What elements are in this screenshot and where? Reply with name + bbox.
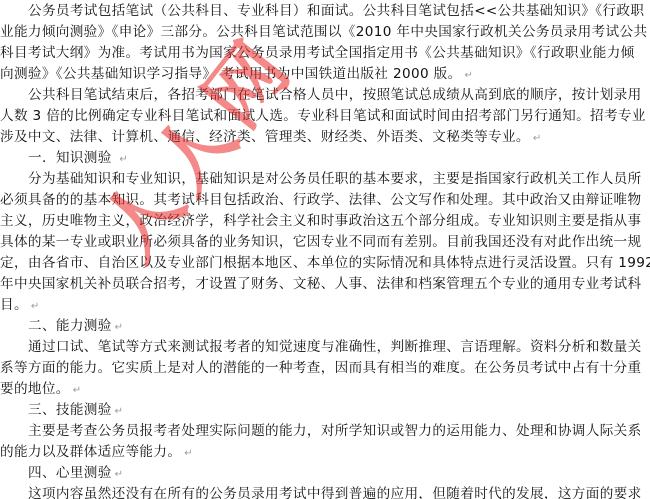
- text-line: 主要是考查公务员报考者处理实际问题的能力，对所学知识或智力的运用能力、处理和协调…: [0, 420, 650, 442]
- text-line: 业能力倾向测验》《申论》三部分。公共科目笔试范围以《2010 年中央国家行政机关…: [0, 21, 650, 43]
- section-heading-psych-test: 四、心里测验↵: [0, 462, 650, 484]
- text-line: 通过口试、笔试等方式来测试报考者的知觉速度与准确性，判断推理、言语理解。资料分析…: [0, 336, 650, 358]
- text-line: 向测验》《公共基础知识学习指导》 考试用书为中国铁道出版社 2000 版。↵: [0, 63, 650, 85]
- text-line: 系等方面的能力。它实质上是对人的潜能的一种考查，因而具有相当的难度。在公务员考试…: [0, 357, 650, 379]
- text-line: 必须具备的的基本知识。其考试科目包括政治、行政学、法律、公文写作和处理。其中政治…: [0, 189, 650, 211]
- section-heading-knowledge-test: 一．知识测验 ↵: [0, 147, 650, 169]
- text-line: 人数 3 倍的比例确定专业科目笔试和面试人选。专业科目笔试和面试时间由招考部门另…: [0, 105, 650, 127]
- text-line: 涉及中文、法律、计算机、通信、经济类、管理类、财经类、外语类、文秘类等专业。↵: [0, 126, 650, 148]
- text-line: 这项内容虽然还没有在所有的公务员录用考试中得到普遍的应用，但随着时代的发展，这方…: [0, 483, 650, 499]
- paragraph-mark-icon: ↵: [465, 70, 474, 81]
- document-page: 公务员考试包括笔试（公共科目、专业科目）和面试。公共科目笔试包括<<公共基础知识…: [0, 0, 650, 499]
- text-line: 科目考试大纲》为准。考试用书为国家公务员录用考试全国指定用书《公共基础知识》《行…: [0, 42, 650, 64]
- text-line: 年中央国家机关补员联合招考，才设置了财务、文秘、人事、法律和档案管理五个专业的通…: [0, 273, 650, 295]
- text-line: 公共科目笔试结束后，各招考部门在笔试合格人员中，按照笔试总成绩从高到底的顺序，按…: [0, 84, 650, 106]
- text-line: 具体的某一专业或职业所必须具备的业务知识，它因专业不同而有差别。目前我国还没有对…: [0, 231, 650, 253]
- text-line: 目。↵: [0, 294, 650, 316]
- paragraph-mark-icon: ↵: [115, 406, 124, 417]
- paragraph-mark-icon: ↵: [184, 448, 193, 459]
- text-line: 主义，历史唯物主义，政治经济学，科学社会主义和时事政治这五个部分组成。专业知识则…: [0, 210, 650, 232]
- text-line: 定，由各省市、自治区以及专业部门根据本地区、本单位的实际情况和具体特点进行灵活设…: [0, 252, 650, 274]
- paragraph-mark-icon: ↵: [115, 469, 124, 480]
- paragraph-mark-icon: ↵: [31, 301, 40, 312]
- paragraph-mark-icon: ↵: [119, 154, 128, 165]
- section-heading-ability-test: 二、能力测验↵: [0, 315, 650, 337]
- text-line: 要的地位。↵: [0, 378, 650, 400]
- paragraph-mark-icon: ↵: [73, 385, 82, 396]
- text-line: 公务员考试包括笔试（公共科目、专业科目）和面试。公共科目笔试包括<<公共基础知识…: [0, 0, 650, 22]
- section-heading-skill-test: 三、技能测验↵: [0, 399, 650, 421]
- text-line: 分为基础知识和专业知识，基础知识是对公务员任职的基本要求，主要是指国家行政机关工…: [0, 168, 650, 190]
- paragraph-mark-icon: ↵: [115, 322, 124, 333]
- text-line: 的能力以及群体适应等能力。↵: [0, 441, 650, 463]
- paragraph-mark-icon: ↵: [533, 133, 542, 144]
